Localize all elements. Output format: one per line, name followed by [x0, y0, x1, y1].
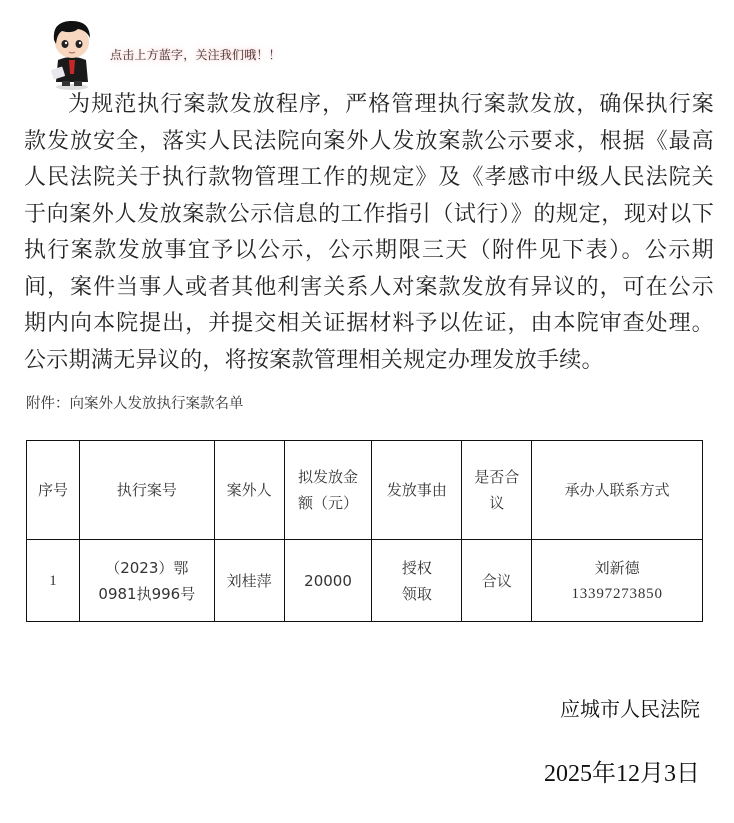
col-header-reason: 发放事由 [372, 441, 462, 540]
cell-index: 1 [27, 540, 80, 622]
handler-name: 刘新德 [536, 555, 698, 581]
handler-phone: 13397273850 [536, 581, 698, 607]
table-row: 1 （2023）鄂0981执996号 刘桂萍 20000 授权领取 合议 刘新德… [27, 540, 703, 622]
cell-amount: 20000 [284, 540, 372, 622]
col-header-outsider: 案外人 [214, 441, 284, 540]
payout-list-table: 序号 执行案号 案外人 拟发放金额（元） 发放事由 是否合议 承办人联系方式 1… [26, 440, 703, 622]
table-header-row: 序号 执行案号 案外人 拟发放金额（元） 发放事由 是否合议 承办人联系方式 [27, 441, 703, 540]
cell-collegial: 合议 [462, 540, 532, 622]
follow-banner[interactable]: 点击上方蓝字，关注我们哦！！ [36, 14, 316, 92]
col-header-amount: 拟发放金额（元） [284, 441, 372, 540]
cell-reason: 授权领取 [372, 540, 462, 622]
issuing-court: 应城市人民法院 [560, 693, 700, 722]
col-header-handler-contact: 承办人联系方式 [532, 441, 703, 540]
col-header-index: 序号 [27, 441, 80, 540]
col-header-case-no: 执行案号 [79, 441, 214, 540]
attachment-label: 附件：向案外人发放执行案款名单 [26, 392, 244, 413]
cell-outsider: 刘桂萍 [214, 540, 284, 622]
notice-paragraph: 为规范执行案款发放程序，严格管理执行案款发放，确保执行案款发放安全，落实人民法院… [24, 87, 714, 379]
notice-body: 为规范执行案款发放程序，严格管理执行案款发放，确保执行案款发放安全，落实人民法院… [24, 87, 714, 379]
lawyer-mascot-icon [42, 16, 102, 90]
follow-prompt-text[interactable]: 点击上方蓝字，关注我们哦！！ [110, 46, 281, 63]
issue-date: 2025年12月3日 [544, 753, 700, 788]
cell-handler-contact: 刘新德 13397273850 [532, 540, 703, 622]
cell-case-no: （2023）鄂0981执996号 [79, 540, 214, 622]
col-header-collegial: 是否合议 [462, 441, 532, 540]
